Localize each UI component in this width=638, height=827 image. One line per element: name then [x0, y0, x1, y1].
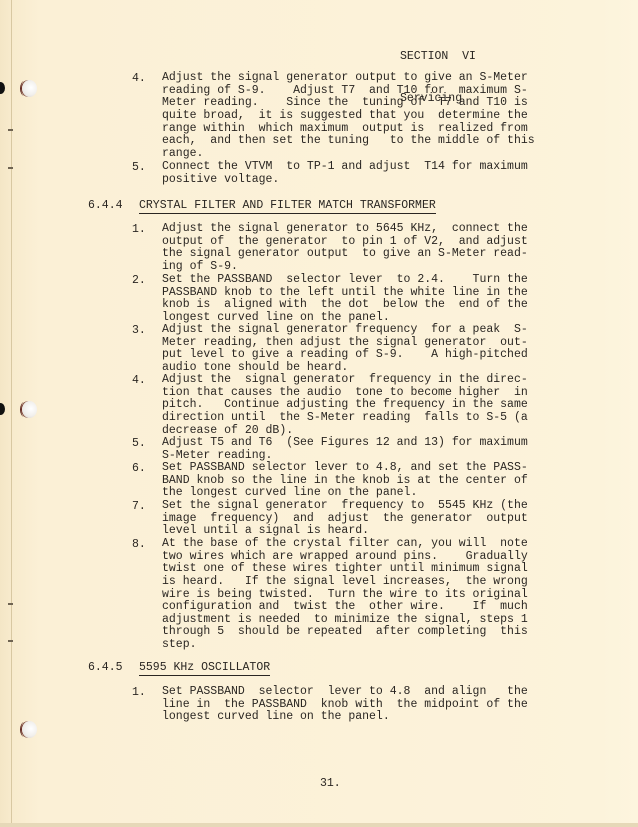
binder-ring-icon	[0, 403, 5, 415]
page-margin-line	[11, 0, 12, 827]
step-line: Connect the VTVM to TP-1 and adjust T14 …	[162, 161, 528, 174]
step-text: At the base of the crystal filter can, y…	[162, 538, 528, 652]
step-number: 1.	[132, 686, 146, 699]
step-line: direction until the S-Meter reading fall…	[162, 412, 528, 425]
step-text: Set the signal generator frequency to 55…	[162, 500, 528, 538]
section-title: CRYSTAL FILTER AND FILTER MATCH TRANSFOR…	[139, 199, 436, 214]
step-line: configuration and twist the other wire. …	[162, 601, 528, 614]
step-line: Adjust the signal generator output to gi…	[162, 72, 535, 85]
step-text: Adjust the signal generator output to gi…	[162, 72, 535, 160]
step-line: ing of S-9.	[162, 261, 528, 274]
step-number: 7.	[132, 500, 146, 513]
step-number: 4.	[132, 374, 146, 387]
step-line: positive voltage.	[162, 174, 528, 187]
step-line: step.	[162, 639, 528, 652]
section-number: 6.4.4	[88, 199, 123, 212]
step-line: quite broad, it is suggested that you de…	[162, 110, 535, 123]
step-number: 1.	[132, 223, 146, 236]
step-text: Adjust the signal generator frequency fo…	[162, 324, 528, 375]
binder-ring-icon	[0, 82, 5, 94]
step-text: Connect the VTVM to TP-1 and adjust T14 …	[162, 161, 528, 186]
step-line: Set PASSBAND selector lever to 4.8, and …	[162, 462, 528, 475]
step-text: Set PASSBAND selector lever to 4.8 and a…	[162, 686, 528, 724]
step-line: Adjust the signal generator frequency in…	[162, 374, 528, 387]
step-line: At the base of the crystal filter can, y…	[162, 538, 528, 551]
section-label: SECTION VI	[400, 50, 476, 64]
step-text: Set the PASSBAND selector lever to 2.4. …	[162, 274, 528, 325]
step-number: 4.	[132, 72, 146, 85]
step-line: Adjust the signal generator to 5645 KHz,…	[162, 223, 528, 236]
step-number: 6.	[132, 462, 146, 475]
step-number: 5.	[132, 437, 146, 450]
section-number: 6.4.5	[88, 661, 123, 674]
step-line: Set the signal generator frequency to 55…	[162, 500, 528, 513]
step-line: longest curved line on the panel.	[162, 711, 528, 724]
step-line: each, and then set the tuning to the mid…	[162, 135, 535, 148]
binder-hole-icon	[22, 80, 37, 97]
step-number: 3.	[132, 324, 146, 337]
step-line: Set PASSBAND selector lever to 4.8 and a…	[162, 686, 528, 699]
step-text: Set PASSBAND selector lever to 4.8, and …	[162, 462, 528, 500]
step-line: is heard. If the signal level increases,…	[162, 576, 528, 589]
step-number: 5.	[132, 161, 146, 174]
margin-tick-mark	[8, 167, 13, 169]
section-title: 5595 KHz OSCILLATOR	[139, 661, 270, 676]
step-line: through 5 should be repeated after compl…	[162, 626, 528, 639]
page-bottom-edge	[0, 823, 638, 827]
margin-tick-mark	[8, 129, 13, 131]
step-line: Adjust the signal generator frequency fo…	[162, 324, 528, 337]
step-text: Adjust the signal generator to 5645 KHz,…	[162, 223, 528, 274]
step-number: 2.	[132, 274, 146, 287]
step-text: Adjust T5 and T6 (See Figures 12 and 13)…	[162, 437, 528, 462]
step-text: Adjust the signal generator frequency in…	[162, 374, 528, 437]
step-number: 8.	[132, 538, 146, 551]
page-number: 31.	[320, 777, 341, 790]
margin-tick-mark	[8, 603, 13, 605]
document-page: SECTION VI Servicing 4.Adjust the signal…	[0, 0, 638, 827]
step-line: Set the PASSBAND selector lever to 2.4. …	[162, 274, 528, 287]
binder-hole-icon	[22, 721, 37, 738]
binder-hole-icon	[22, 401, 37, 418]
step-line: Adjust T5 and T6 (See Figures 12 and 13)…	[162, 437, 528, 450]
margin-tick-mark	[8, 640, 13, 642]
step-line: range.	[162, 148, 535, 161]
